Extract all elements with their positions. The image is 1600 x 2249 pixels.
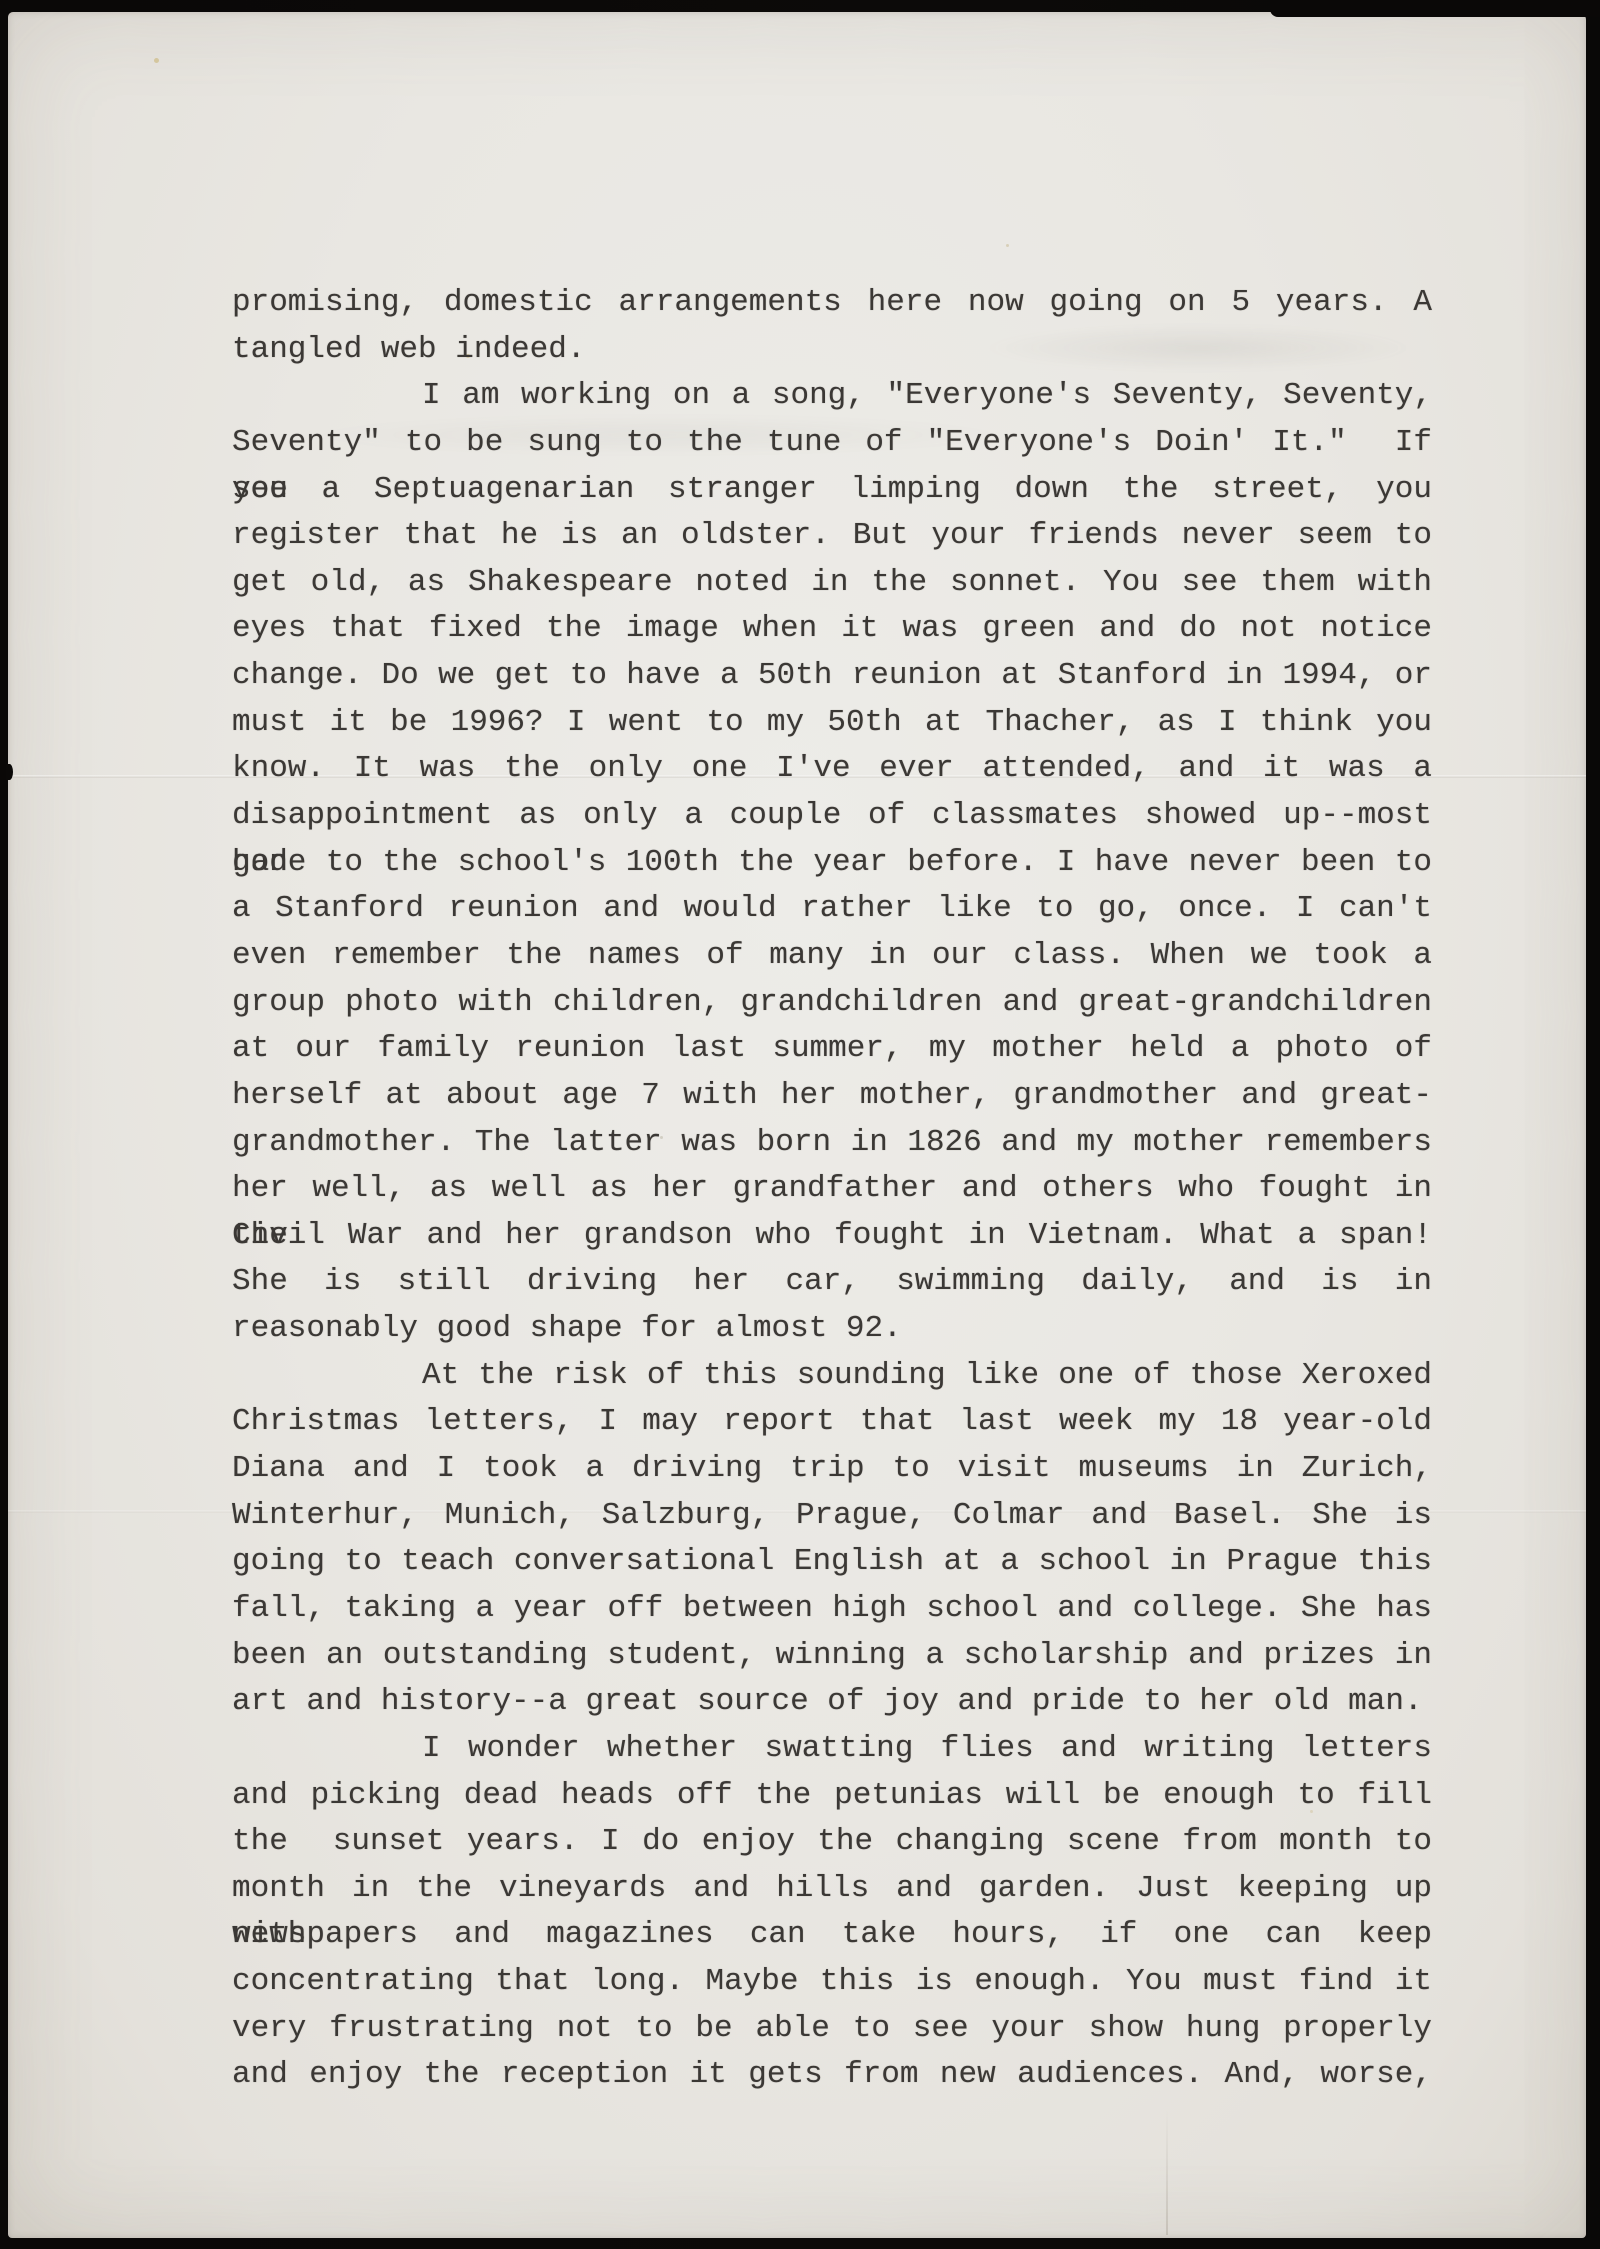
letter-line: newspapers and magazines can take hours,… bbox=[232, 1912, 1432, 1959]
letter-line: Civil War and her grandson who fought in… bbox=[232, 1213, 1432, 1260]
scan-border-strip bbox=[1270, 0, 1600, 17]
letter-line: been an outstanding student, winning a s… bbox=[232, 1633, 1432, 1680]
paragraph: I wonder whether swatting flies and writ… bbox=[232, 1726, 1432, 2099]
letter-line: grandmother. The latter was born in 1826… bbox=[232, 1120, 1432, 1167]
paragraph: I am working on a song, "Everyone's Seve… bbox=[232, 373, 1432, 1352]
letter-text: promising, domestic arrangements here no… bbox=[232, 280, 1432, 2099]
letter-line: and enjoy the reception it gets from new… bbox=[232, 2052, 1432, 2099]
letter-line: and picking dead heads off the petunias … bbox=[232, 1773, 1432, 1820]
letter-line: Diana and I took a driving trip to visit… bbox=[232, 1446, 1432, 1493]
letter-line: I am working on a song, "Everyone's Seve… bbox=[232, 373, 1432, 420]
letter-line: going to teach conversational English at… bbox=[232, 1539, 1432, 1586]
letter-line: even remember the names of many in our c… bbox=[232, 933, 1432, 980]
letter-line: concentrating that long. Maybe this is e… bbox=[232, 1959, 1432, 2006]
letter-line: get old, as Shakespeare noted in the son… bbox=[232, 560, 1432, 607]
foxing-speck bbox=[1006, 244, 1009, 247]
letter-line: group photo with children, grandchildren… bbox=[232, 980, 1432, 1027]
letter-line: very frustrating not to be able to see y… bbox=[232, 2006, 1432, 2053]
letter-line: the sunset years. I do enjoy the changin… bbox=[232, 1819, 1432, 1866]
paragraph: At the risk of this sounding like one of… bbox=[232, 1353, 1432, 1726]
letter-line: Seventy" to be sung to the tune of "Ever… bbox=[232, 420, 1432, 467]
letter-page: promising, domestic arrangements here no… bbox=[8, 12, 1586, 2238]
letter-line: Christmas letters, I may report that las… bbox=[232, 1399, 1432, 1446]
scan-background: promising, domestic arrangements here no… bbox=[0, 0, 1600, 2249]
letter-line: see a Septuagenarian stranger limping do… bbox=[232, 467, 1432, 514]
letter-line: herself at about age 7 with her mother, … bbox=[232, 1073, 1432, 1120]
letter-line: reasonably good shape for almost 92. bbox=[232, 1306, 1432, 1353]
letter-line: know. It was the only one I've ever atte… bbox=[232, 746, 1432, 793]
letter-line: disappointment as only a couple of class… bbox=[232, 793, 1432, 840]
paragraph: promising, domestic arrangements here no… bbox=[232, 280, 1432, 373]
letter-line: month in the vineyards and hills and gar… bbox=[232, 1866, 1432, 1913]
paper-scratch bbox=[1166, 2110, 1168, 2235]
foxing-speck bbox=[154, 58, 159, 63]
letter-line: at our family reunion last summer, my mo… bbox=[232, 1026, 1432, 1073]
letter-line: change. Do we get to have a 50th reunion… bbox=[232, 653, 1432, 700]
letter-line: fall, taking a year off between high sch… bbox=[232, 1586, 1432, 1633]
letter-line: art and history--a great source of joy a… bbox=[232, 1679, 1432, 1726]
paper-edge-notch bbox=[6, 764, 13, 780]
letter-line: register that he is an oldster. But your… bbox=[232, 513, 1432, 560]
letter-line: her well, as well as her grandfather and… bbox=[232, 1166, 1432, 1213]
letter-line: I wonder whether swatting flies and writ… bbox=[232, 1726, 1432, 1773]
letter-line: At the risk of this sounding like one of… bbox=[232, 1353, 1432, 1400]
letter-line: Winterhur, Munich, Salzburg, Prague, Col… bbox=[232, 1493, 1432, 1540]
letter-line: promising, domestic arrangements here no… bbox=[232, 280, 1432, 327]
letter-line: tangled web indeed. bbox=[232, 327, 1432, 374]
letter-line: a Stanford reunion and would rather like… bbox=[232, 886, 1432, 933]
letter-line: eyes that fixed the image when it was gr… bbox=[232, 606, 1432, 653]
letter-line: must it be 1996? I went to my 50th at Th… bbox=[232, 700, 1432, 747]
letter-line: gone to the school's 100th the year befo… bbox=[232, 840, 1432, 887]
letter-line: She is still driving her car, swimming d… bbox=[232, 1259, 1432, 1306]
